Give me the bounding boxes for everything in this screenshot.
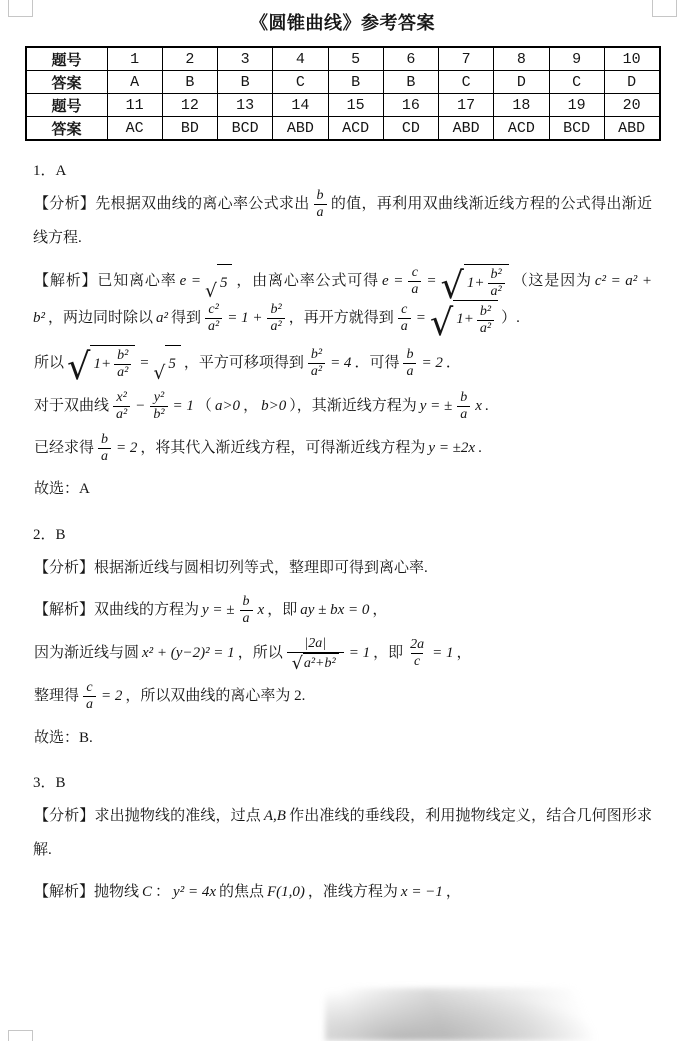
- answer-cell: AC: [107, 117, 162, 141]
- numerator: b: [403, 347, 416, 363]
- numerator: c: [398, 302, 410, 318]
- math-run: = 2: [114, 440, 139, 456]
- solution-heading: 1．A: [33, 159, 652, 180]
- math-run: b²: [480, 304, 491, 319]
- math-run: ay ± bx = 0: [298, 602, 371, 618]
- math-run: a²: [116, 407, 127, 422]
- row-label: 题号: [26, 94, 108, 117]
- math-run: 2a: [410, 637, 424, 652]
- fraction: c²a²: [205, 302, 222, 335]
- page-corner-mark-top-left: [8, 0, 33, 17]
- answer-cell: ABD: [604, 117, 659, 141]
- text-run: ，: [371, 602, 388, 618]
- fraction: 2ac: [407, 637, 427, 670]
- math-run: e =: [380, 273, 405, 289]
- math-run: b: [406, 347, 413, 362]
- square-root: √5: [153, 345, 180, 382]
- answer-cell: 3: [218, 47, 273, 71]
- math-run: a²: [311, 364, 322, 379]
- text-run: 得到: [170, 310, 202, 326]
- solution-paragraph: 整理得ca= 2，所以双曲线的离心率为 2.: [33, 680, 652, 714]
- answer-cell: 8: [494, 47, 549, 71]
- answer-cell: B: [328, 71, 383, 94]
- math-run: a: [460, 407, 467, 422]
- page-title: 《圆锥曲线》参考答案: [0, 9, 685, 35]
- math-run: b: [243, 594, 250, 609]
- radicand: 5: [217, 264, 233, 301]
- math-run: y²: [154, 390, 164, 405]
- math-run: a: [401, 319, 408, 334]
- fraction: b²a²: [477, 304, 494, 337]
- math-run: x: [256, 602, 267, 618]
- radical-sign-icon: √: [205, 264, 217, 301]
- text-run: ，再开方就得到: [288, 310, 395, 326]
- answer-cell: C: [273, 71, 328, 94]
- text-run: （这是因为: [511, 273, 593, 289]
- math-run: 5: [166, 348, 178, 382]
- text-run: ，: [445, 884, 462, 900]
- fraction: b²a²: [114, 348, 131, 381]
- math-run: −: [133, 398, 147, 414]
- radicand: 1+b²a²: [464, 264, 509, 301]
- text-run: 对于双曲线: [33, 398, 110, 414]
- fraction: b²a²: [308, 347, 325, 380]
- answer-cell: 6: [383, 47, 438, 71]
- math-run: A,B: [262, 808, 288, 824]
- math-run: a²: [117, 365, 128, 380]
- fraction: |2a|√a²+b²: [287, 636, 344, 672]
- radical-sign-icon: √: [67, 345, 90, 382]
- fraction: b²a²: [488, 267, 505, 300]
- solution-paragraph: 【解析】已知离心率e =√5，由离心率公式可得e =ca=√1+b²a²（这是因…: [33, 264, 652, 338]
- denominator: a: [457, 406, 470, 423]
- numerator: 2a: [407, 637, 427, 653]
- denominator: a²: [205, 318, 222, 335]
- text-run: ，即: [266, 602, 298, 618]
- fraction: ba: [314, 188, 327, 221]
- denominator: a²: [488, 283, 505, 300]
- document-page: { "page": { "title": "《圆锥曲线》参考答案" }, "an…: [0, 0, 685, 1041]
- radical-sign-icon: √: [440, 264, 463, 301]
- math-run: a: [101, 449, 108, 464]
- text-run: ．可得: [353, 355, 400, 371]
- denominator: a²: [114, 364, 131, 381]
- solution-paragraph: 已经求得ba= 2，将其代入渐近线方程，可得渐近线方程为y = ±2x.: [33, 432, 652, 466]
- solution-heading: 3．B: [33, 771, 652, 792]
- answer-cell: 16: [383, 94, 438, 117]
- solution-paragraph: 【分析】根据渐近线与圆相切列等式，整理即可得到离心率.: [33, 552, 652, 586]
- math-run: a: [411, 282, 418, 297]
- answer-cell: B: [218, 71, 273, 94]
- math-run: y = ±: [200, 602, 237, 618]
- page-corner-mark-top-right: [652, 0, 677, 17]
- answer-table: 题号12345678910答案ABBCBBCDCD题号1112131415161…: [25, 46, 661, 141]
- math-run: a²+b²: [304, 656, 336, 672]
- text-run: 所以: [33, 355, 65, 371]
- numerator: |2a|: [301, 636, 329, 652]
- math-run: = 1: [347, 645, 372, 661]
- square-root: √1+b²a²: [67, 345, 135, 382]
- math-run: = 1: [171, 398, 196, 414]
- math-run: b²: [491, 267, 502, 282]
- square-root: √1+b²a²: [430, 300, 498, 337]
- solution-paragraph: 【解析】抛物线C：y² = 4x的焦点F(1,0)，准线方程为x = −1，: [33, 876, 652, 910]
- numerator: y²: [151, 390, 167, 406]
- math-run: x = −1: [399, 884, 445, 900]
- text-run: ，两边同时除以: [47, 310, 154, 326]
- text-run: .: [477, 440, 483, 456]
- table-row: 答案ABBCBBCDCD: [26, 71, 660, 94]
- math-run: a: [243, 611, 250, 626]
- answer-cell: 10: [604, 47, 659, 71]
- math-run: a²: [154, 310, 170, 326]
- text-run: ，由离心率公式可得: [234, 273, 379, 289]
- answer-cell: 2: [162, 47, 217, 71]
- math-run: b²: [311, 347, 322, 362]
- denominator: a: [314, 204, 327, 221]
- math-run: x² + (y−2)² = 1: [140, 645, 237, 661]
- answer-cell: ACD: [328, 117, 383, 141]
- denominator: a: [98, 448, 111, 465]
- fraction: b²a²: [267, 302, 284, 335]
- answer-cell: 12: [162, 94, 217, 117]
- solution-paragraph: 所以√1+b²a²=√5，平方可移项得到b²a²= 4．可得ba= 2．: [33, 345, 652, 382]
- answer-cell: 20: [604, 94, 659, 117]
- math-run: a: [86, 697, 93, 712]
- math-run: F(1,0): [265, 884, 307, 900]
- solution-paragraph: 故选：A: [33, 473, 652, 507]
- numerator: c: [83, 680, 95, 696]
- text-run: ：: [154, 884, 171, 900]
- math-run: = 4: [328, 355, 353, 371]
- solution-paragraph: 【分析】先根据双曲线的离心率公式求出ba的值，再利用双曲线渐近线方程的公式得出渐…: [33, 188, 652, 256]
- answer-cell: 9: [549, 47, 604, 71]
- text-run: 故选：A: [33, 481, 91, 497]
- math-run: = 1: [430, 645, 455, 661]
- text-run: ，平方可移项得到: [183, 355, 305, 371]
- radicand: a²+b²: [303, 653, 339, 672]
- solution-paragraph: 【分析】求出抛物线的准线，过点A,B作出准线的垂线段，利用抛物线定义，结合几何图…: [33, 800, 652, 868]
- math-run: c²: [208, 302, 218, 317]
- numerator: b: [314, 188, 327, 204]
- numerator: c: [409, 265, 421, 281]
- denominator: a: [408, 281, 421, 298]
- answer-cell: ACD: [494, 117, 549, 141]
- math-run: C: [140, 884, 154, 900]
- solution-heading: 2．B: [33, 523, 652, 544]
- table-row: 答案ACBDBCDABDACDCDABDACDBCDABD: [26, 117, 660, 141]
- watermark-smudge: [325, 988, 595, 1041]
- text-run: 【解析】双曲线的方程为: [33, 602, 200, 618]
- denominator: a: [403, 363, 416, 380]
- text-run: 【解析】抛物线: [33, 884, 140, 900]
- square-root: √1+b²a²: [440, 264, 508, 301]
- fraction: x²a²: [113, 390, 130, 423]
- text-run: 整理得: [33, 688, 80, 704]
- denominator: a: [240, 610, 253, 627]
- math-run: 1+: [454, 303, 476, 337]
- numerator: b²: [308, 347, 325, 363]
- fraction: ba: [240, 594, 253, 627]
- text-run: 因为渐近线与圆: [33, 645, 140, 661]
- math-run: x: [473, 398, 484, 414]
- row-label: 题号: [26, 47, 108, 71]
- math-run: y² = 4x: [171, 884, 218, 900]
- math-run: b²: [270, 302, 281, 317]
- text-run: 【解析】已知离心率: [33, 273, 178, 289]
- answer-cell: D: [604, 71, 659, 94]
- text-run: ．: [445, 355, 462, 371]
- table-row: 题号12345678910: [26, 47, 660, 71]
- answer-cell: 19: [549, 94, 604, 117]
- math-run: a²: [480, 321, 491, 336]
- math-run: =: [424, 273, 438, 289]
- math-run: 1+: [465, 267, 487, 301]
- answer-cell: B: [162, 71, 217, 94]
- answer-cell: 7: [439, 47, 494, 71]
- square-root: √5: [205, 264, 232, 301]
- numerator: b: [98, 432, 111, 448]
- row-label: 答案: [26, 117, 108, 141]
- denominator: b²: [150, 406, 167, 423]
- text-run: ，: [242, 398, 259, 414]
- math-run: b²: [153, 407, 164, 422]
- math-run: =: [414, 310, 428, 326]
- math-run: = 2: [419, 355, 444, 371]
- numerator: x²: [113, 390, 129, 406]
- denominator: a: [83, 696, 96, 713]
- math-run: y = ±2x: [426, 440, 477, 456]
- radical-sign-icon: √: [430, 300, 453, 337]
- answer-cell: D: [494, 71, 549, 94]
- numerator: b: [240, 594, 253, 610]
- text-run: 【分析】求出抛物线的准线，过点: [33, 808, 262, 824]
- numerator: b²: [488, 267, 505, 283]
- numerator: b²: [267, 302, 284, 318]
- page-corner-mark-bottom-left: [8, 1030, 33, 1041]
- solution-paragraph: 因为渐近线与圆x² + (y−2)² = 1，所以|2a|√a²+b²= 1，即…: [33, 636, 652, 672]
- math-run: y = ±: [418, 398, 455, 414]
- answer-cell: BCD: [549, 117, 604, 141]
- math-run: 5: [218, 267, 230, 301]
- math-run: = 2: [99, 688, 124, 704]
- answer-cell: 11: [107, 94, 162, 117]
- answer-cell: BD: [162, 117, 217, 141]
- denominator: a²: [308, 363, 325, 380]
- fraction: ba: [457, 390, 470, 423]
- answer-cell: 14: [273, 94, 328, 117]
- numerator: b: [457, 390, 470, 406]
- math-run: |2a|: [304, 636, 326, 651]
- text-run: ）.: [500, 310, 521, 326]
- math-run: c: [86, 680, 92, 695]
- fraction: ba: [98, 432, 111, 465]
- math-run: a>0: [213, 398, 242, 414]
- math-run: = 1 +: [225, 310, 264, 326]
- denominator: c: [411, 653, 423, 670]
- math-run: c: [401, 302, 407, 317]
- answer-cell: 15: [328, 94, 383, 117]
- solution-paragraph: 故选：B.: [33, 722, 652, 756]
- text-run: ，即: [372, 645, 404, 661]
- square-root: √a²+b²: [292, 653, 339, 672]
- math-run: a: [406, 364, 413, 379]
- answer-cell: 4: [273, 47, 328, 71]
- fraction: ca: [408, 265, 421, 298]
- math-run: 1+: [91, 348, 113, 382]
- solutions: 1．A【分析】先根据双曲线的离心率公式求出ba的值，再利用双曲线渐近线方程的公式…: [0, 159, 685, 910]
- radicand: 1+b²a²: [453, 300, 498, 337]
- answer-cell: C: [439, 71, 494, 94]
- math-run: b: [460, 390, 467, 405]
- text-run: ，所以: [237, 645, 284, 661]
- text-run: ），其渐近线方程为: [288, 398, 418, 414]
- answer-cell: 13: [218, 94, 273, 117]
- numerator: b²: [114, 348, 131, 364]
- fraction: ca: [398, 302, 411, 335]
- numerator: c²: [205, 302, 221, 318]
- denominator: a²: [477, 320, 494, 337]
- math-run: b²: [117, 348, 128, 363]
- denominator: a: [398, 318, 411, 335]
- radical-sign-icon: √: [292, 653, 303, 672]
- answer-cell: 1: [107, 47, 162, 71]
- answer-cell: 18: [494, 94, 549, 117]
- answer-cell: 5: [328, 47, 383, 71]
- radicand: 1+b²a²: [90, 345, 135, 382]
- text-run: 已经求得: [33, 440, 95, 456]
- radical-sign-icon: √: [153, 345, 165, 382]
- text-run: ，将其代入渐近线方程，可得渐近线方程为: [139, 440, 426, 456]
- math-run: b: [317, 188, 324, 203]
- math-run: a²: [208, 319, 219, 334]
- numerator: b²: [477, 304, 494, 320]
- answer-cell: A: [107, 71, 162, 94]
- answer-cell: C: [549, 71, 604, 94]
- denominator: a²: [113, 406, 130, 423]
- math-run: b>0: [259, 398, 288, 414]
- solution-paragraph: 对于双曲线x²a²−y²b²= 1（a>0，b>0），其渐近线方程为y = ±b…: [33, 390, 652, 424]
- text-run: ，: [455, 645, 472, 661]
- answer-cell: B: [383, 71, 438, 94]
- fraction: ca: [83, 680, 96, 713]
- watermark-streaks: [330, 972, 615, 1000]
- text-run: 的焦点: [218, 884, 265, 900]
- text-run: （: [196, 398, 213, 414]
- denominator: a²: [267, 318, 284, 335]
- text-run: 【分析】根据渐近线与圆相切列等式，整理即可得到离心率.: [33, 560, 429, 576]
- fraction: y²b²: [150, 390, 167, 423]
- text-run: ，所以双曲线的离心率为 2.: [124, 688, 306, 704]
- answer-table-body: 题号12345678910答案ABBCBBCDCD题号1112131415161…: [26, 47, 660, 140]
- math-run: b: [101, 432, 108, 447]
- math-run: x²: [116, 390, 126, 405]
- answer-cell: ABD: [439, 117, 494, 141]
- answer-cell: ABD: [273, 117, 328, 141]
- solution-paragraph: 【解析】双曲线的方程为y = ±bax，即ay ± bx = 0，: [33, 594, 652, 628]
- math-run: c: [414, 654, 420, 669]
- math-run: e =: [178, 273, 203, 289]
- radicand: 5: [165, 345, 181, 382]
- fraction: ba: [403, 347, 416, 380]
- math-run: =: [137, 355, 151, 371]
- answer-cell: BCD: [218, 117, 273, 141]
- row-label: 答案: [26, 71, 108, 94]
- math-run: a²: [491, 284, 502, 299]
- answer-cell: 17: [439, 94, 494, 117]
- text-run: 故选：B.: [33, 730, 94, 746]
- math-run: c: [412, 265, 418, 280]
- math-run: a²: [270, 319, 281, 334]
- table-row: 题号11121314151617181920: [26, 94, 660, 117]
- text-run: ，准线方程为: [307, 884, 399, 900]
- math-run: a: [317, 205, 324, 220]
- text-run: .: [484, 398, 490, 414]
- text-run: 【分析】先根据双曲线的离心率公式求出: [33, 196, 311, 212]
- denominator: √a²+b²: [287, 652, 344, 672]
- answer-cell: CD: [383, 117, 438, 141]
